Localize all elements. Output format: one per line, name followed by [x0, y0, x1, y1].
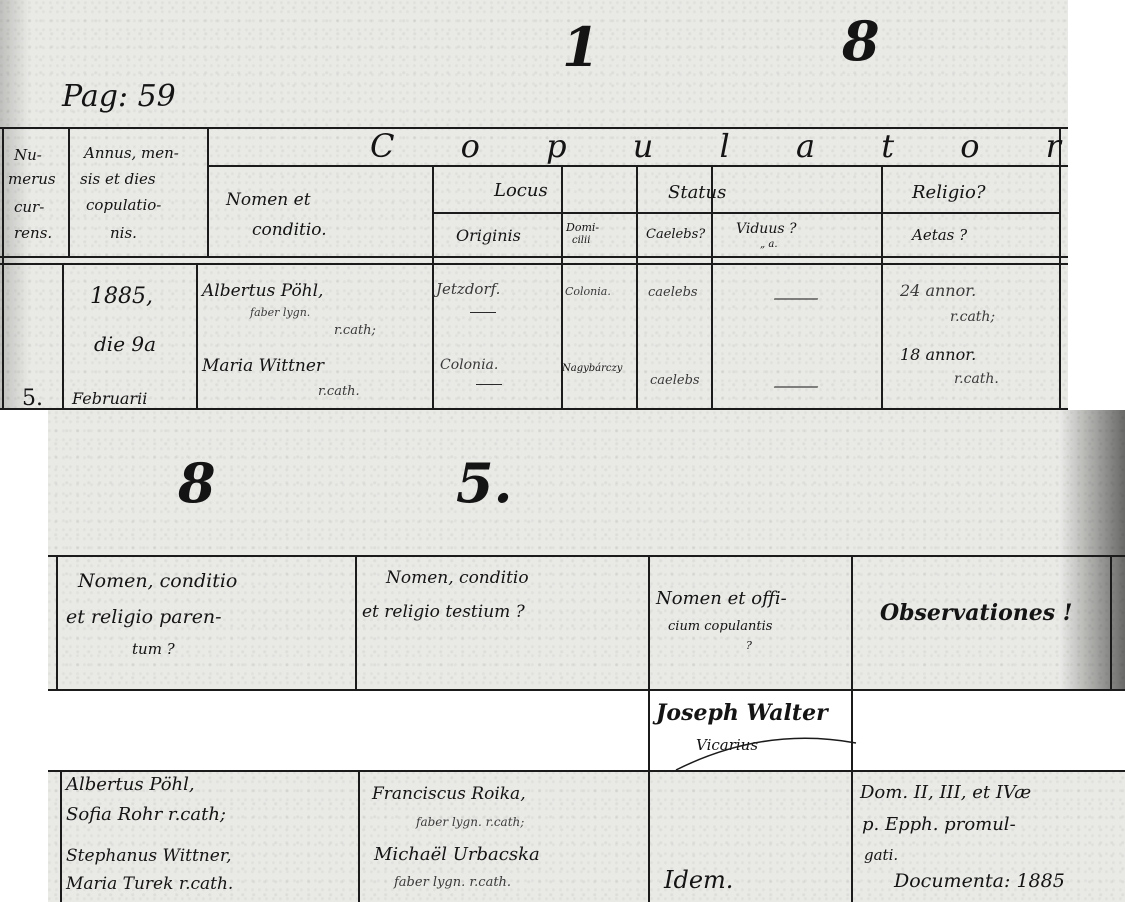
col-divider: [2, 127, 4, 410]
groom-origin: Jetzdorf.: [436, 282, 500, 297]
groom-age-religion: r.cath;: [950, 310, 995, 324]
year-digit-8: 8: [842, 14, 880, 68]
header-bottom-border: [48, 689, 1125, 691]
header-religio: Religio?: [912, 184, 986, 202]
blank-dash: [476, 384, 502, 385]
header-caelebs: Caelebs?: [646, 228, 705, 241]
groom-domicile: Colonia.: [565, 286, 611, 297]
entry-date-day: die 9a: [94, 334, 156, 354]
blank-dash: [470, 312, 496, 313]
col-divider: [62, 263, 64, 410]
bride-age-religion: r.cath.: [954, 372, 999, 386]
col-divider: [355, 555, 357, 690]
observation-line-4: Documenta: 1885: [894, 872, 1065, 891]
bride-viduus: —: [772, 378, 814, 394]
entry-top-border: [0, 263, 1068, 265]
entry-date-year: 1885,: [90, 286, 153, 308]
signature-flourish-icon: [666, 715, 866, 775]
col-divider: [207, 127, 209, 257]
copulans-idem: Idem.: [664, 868, 733, 892]
witness-2-name: Michaël Urbacska: [374, 846, 540, 864]
observation-line-2: p. Epph. promul-: [862, 816, 1016, 834]
page-number: Pag: 59: [62, 82, 176, 112]
col-divider: [648, 555, 650, 902]
bride-origin: Colonia.: [440, 358, 498, 372]
parent-groom-father: Albertus Pöhl,: [66, 776, 195, 794]
col-divider: [432, 165, 434, 410]
observation-line-3: gati.: [864, 848, 898, 863]
subheader-divider: [432, 212, 1060, 214]
col-divider: [881, 165, 883, 410]
header-bottom-border: [0, 256, 1068, 258]
groom-caelebs: caelebs: [648, 286, 698, 299]
col-divider: [1110, 555, 1112, 690]
witness-1-name: Franciscus Roika,: [372, 786, 526, 803]
col-divider: [636, 165, 638, 410]
header-aetas: Aetas ?: [912, 228, 967, 243]
bride-domicile: Nagybárczy: [562, 364, 622, 374]
bride-age: 18 annor.: [900, 347, 976, 363]
entry-date-month: Februarii: [72, 391, 147, 407]
year-digit-5: 5.: [456, 456, 512, 510]
groom-viduus: —: [772, 290, 814, 306]
parent-groom-mother: Sofia Rohr r.cath;: [66, 806, 226, 824]
observation-line-1: Dom. II, III, et IVæ: [860, 784, 1031, 802]
col-divider: [196, 263, 198, 410]
col-divider: [1059, 127, 1061, 410]
section-title-copulatorum: C o p u l a t o r u m: [370, 130, 1125, 162]
groom-name: Albertus Pöhl,: [202, 283, 323, 300]
table-top-border: [48, 555, 1125, 557]
header-locus: Locus: [494, 182, 548, 200]
witness-1-condition: faber lygn. r.cath;: [416, 816, 524, 828]
year-digit-1: 1: [562, 20, 600, 74]
entry-number: 5.: [22, 388, 43, 410]
header-originis: Originis: [456, 228, 521, 244]
col-divider: [56, 555, 58, 690]
bride-religion: r.cath.: [318, 385, 360, 398]
entry-top-border: [48, 770, 1125, 772]
bride-caelebs: caelebs: [650, 374, 700, 387]
parent-bride-mother: Maria Turek r.cath.: [66, 876, 233, 893]
col-divider: [68, 127, 70, 257]
witness-2-condition: faber lygn. r.cath.: [394, 876, 511, 889]
col-divider: [60, 770, 62, 902]
groom-religion: r.cath;: [334, 324, 376, 337]
header-status: Status: [668, 184, 726, 202]
col-divider: [358, 770, 360, 902]
page-edge-shadow: [1060, 410, 1125, 690]
header-observationes: Observationes !: [880, 602, 1072, 624]
parent-bride-father: Stephanus Wittner,: [66, 848, 231, 865]
groom-age: 24 annor.: [900, 283, 976, 299]
bride-name: Maria Wittner: [202, 358, 324, 375]
groom-condition: faber lygn.: [250, 307, 310, 318]
year-digit-8-continued: 8: [178, 456, 216, 510]
